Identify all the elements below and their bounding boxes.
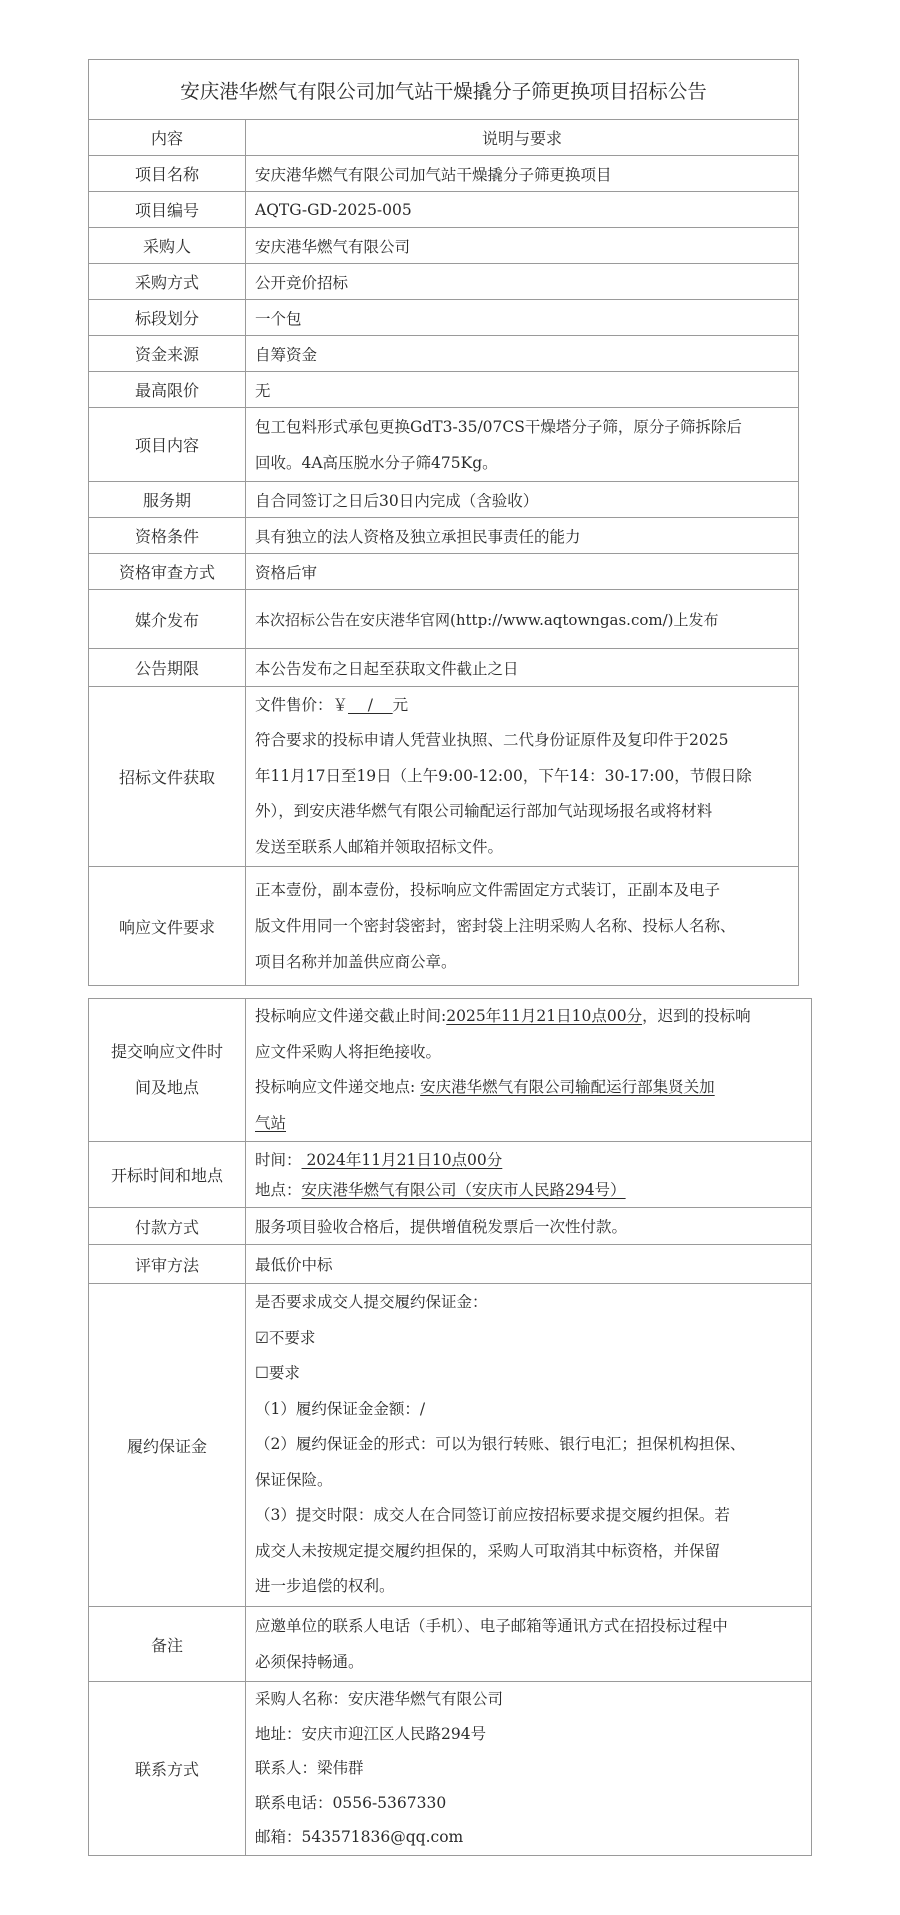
remarks-line: 应邀单位的联系人电话（手机）、电子邮箱等通讯方式在招投标过程中 <box>255 1608 805 1644</box>
value-media: 本次招标公告在安庆港华官网(http://www.aqtowngas.com/)… <box>246 590 799 649</box>
row-contact: 联系方式 采购人名称：安庆港华燃气有限公司 地址：安庆市迎江区人民路294号 联… <box>89 1682 812 1856</box>
label-media: 媒介发布 <box>89 590 246 649</box>
contact-address: 地址：安庆市迎江区人民路294号 <box>255 1717 805 1752</box>
bond-option-label: 要求 <box>269 1364 300 1382</box>
bond-line: （3）提交时限：成交人在合同签订前应按招标要求提交履约担保。若 <box>255 1498 805 1534</box>
row-project-name: 项目名称 安庆港华燃气有限公司加气站干燥撬分子筛更换项目 <box>89 156 799 192</box>
value-performance-bond: 是否要求成交人提交履约保证金： ☑不要求 ☐要求 （1）履约保证金金额：/ （2… <box>246 1284 812 1607</box>
value-opening: 时间： 2024年11月21日10点00分 地点：安庆港华燃气有限公司（安庆市人… <box>246 1142 812 1208</box>
row-payment: 付款方式 服务项目验收合格后，提供增值税发票后一次性付款。 <box>89 1208 812 1245</box>
row-period: 公告期限 本公告发布之日起至获取文件截止之日 <box>89 649 799 687</box>
deadline-line: 投标响应文件递交截止时间:2025年11月21日10点00分，迟到的投标响 <box>255 999 805 1035</box>
row-opening: 开标时间和地点 时间： 2024年11月21日10点00分 地点：安庆港华燃气有… <box>89 1142 812 1208</box>
opening-place-value: 安庆港华燃气有限公司（安庆市人民路294号） <box>302 1181 626 1199</box>
row-submission: 提交响应文件时 间及地点 投标响应文件递交截止时间:2025年11月21日10点… <box>89 999 812 1142</box>
value-remarks: 应邀单位的联系人电话（手机）、电子邮箱等通讯方式在招投标过程中 必须保持畅通。 <box>246 1607 812 1682</box>
label-submission-line: 提交响应文件时 <box>89 1034 245 1070</box>
bond-line: 进一步追偿的权利。 <box>255 1569 805 1605</box>
row-media: 媒介发布 本次招标公告在安庆港华官网(http://www.aqtowngas.… <box>89 590 799 649</box>
label-purchaser: 采购人 <box>89 228 246 264</box>
contact-purchaser: 采购人名称：安庆港华燃气有限公司 <box>255 1682 805 1717</box>
row-max-price: 最高限价 无 <box>89 372 799 408</box>
label-service-period: 服务期 <box>89 482 246 518</box>
obtain-line: 发送至联系人邮箱并领取招标文件。 <box>255 830 792 866</box>
obtain-line: 外），到安庆港华燃气有限公司输配运行部加气站现场报名或将材料 <box>255 794 792 830</box>
bond-line: 保证保险。 <box>255 1463 805 1499</box>
label-review-method: 资格审查方式 <box>89 554 246 590</box>
bond-question: 是否要求成交人提交履约保证金： <box>255 1285 805 1321</box>
label-method: 采购方式 <box>89 264 246 300</box>
value-contact: 采购人名称：安庆港华燃气有限公司 地址：安庆市迎江区人民路294号 联系人：梁伟… <box>246 1682 812 1856</box>
deadline-prefix: 投标响应文件递交截止时间: <box>255 1007 446 1025</box>
opening-place-line: 地点：安庆港华燃气有限公司（安庆市人民路294号） <box>255 1175 805 1205</box>
price-line: 文件售价：￥ / 元 <box>255 688 792 724</box>
checkbox-unchecked-icon[interactable]: ☐ <box>255 1364 269 1382</box>
label-performance-bond: 履约保证金 <box>89 1284 246 1607</box>
value-obtain: 文件售价：￥ / 元 符合要求的投标申请人凭营业执照、二代身份证原件及复印件于2… <box>246 687 799 867</box>
contact-phone: 联系电话：0556-5367330 <box>255 1786 805 1821</box>
value-submission: 投标响应文件递交截止时间:2025年11月21日10点00分，迟到的投标响 应文… <box>246 999 812 1142</box>
price-value: / <box>348 696 393 714</box>
value-evaluation: 最低价中标 <box>246 1245 812 1284</box>
content-line: 回收。4A高压脱水分子筛475Kg。 <box>255 445 792 481</box>
row-content: 项目内容 包工包料形式承包更换GdT3-35/07CS干燥塔分子筛，原分子筛拆除… <box>89 408 799 482</box>
bond-option-label: 不要求 <box>269 1329 316 1347</box>
label-max-price: 最高限价 <box>89 372 246 408</box>
value-content: 包工包料形式承包更换GdT3-35/07CS干燥塔分子筛，原分子筛拆除后 回收。… <box>246 408 799 482</box>
bond-option-not-required[interactable]: ☑不要求 <box>255 1321 805 1357</box>
price-suffix: 元 <box>393 696 409 714</box>
label-funding: 资金来源 <box>89 336 246 372</box>
label-submission-line: 间及地点 <box>89 1070 245 1106</box>
place-prefix: 投标响应文件递交地点: <box>255 1078 420 1096</box>
remarks-line: 必须保持畅通。 <box>255 1644 805 1680</box>
value-purchaser: 安庆港华燃气有限公司 <box>246 228 799 264</box>
row-project-no: 项目编号 AQTG-GD-2025-005 <box>89 192 799 228</box>
response-line: 项目名称并加盖供应商公章。 <box>255 944 792 980</box>
opening-place-prefix: 地点： <box>255 1181 302 1199</box>
value-review-method: 资格后审 <box>246 554 799 590</box>
row-purchaser: 采购人 安庆港华燃气有限公司 <box>89 228 799 264</box>
value-project-name: 安庆港华燃气有限公司加气站干燥撬分子筛更换项目 <box>246 156 799 192</box>
tender-table-part-1: 安庆港华燃气有限公司加气站干燥撬分子筛更换项目招标公告 内容 说明与要求 项目名… <box>88 59 799 986</box>
place-value: 安庆港华燃气有限公司输配运行部集贤关加 <box>420 1078 715 1096</box>
obtain-line: 年11月17日至19日（上午9:00-12:00，下午14：30-17:00，节… <box>255 759 792 795</box>
content-line: 包工包料形式承包更换GdT3-35/07CS干燥塔分子筛，原分子筛拆除后 <box>255 409 792 445</box>
label-project-no: 项目编号 <box>89 192 246 228</box>
row-obtain: 招标文件获取 文件售价：￥ / 元 符合要求的投标申请人凭营业执照、二代身份证原… <box>89 687 799 867</box>
label-remarks: 备注 <box>89 1607 246 1682</box>
obtain-line: 符合要求的投标申请人凭营业执照、二代身份证原件及复印件于2025 <box>255 723 792 759</box>
label-submission: 提交响应文件时 间及地点 <box>89 999 246 1142</box>
label-period: 公告期限 <box>89 649 246 687</box>
bond-line: （1）履约保证金金额：/ <box>255 1392 805 1428</box>
value-service-period: 自合同签订之日后30日内完成（含验收） <box>246 482 799 518</box>
bond-option-required[interactable]: ☐要求 <box>255 1356 805 1392</box>
label-qualification: 资格条件 <box>89 518 246 554</box>
value-method: 公开竞价招标 <box>246 264 799 300</box>
price-prefix: 文件售价：￥ <box>255 696 348 714</box>
bond-line: （2）履约保证金的形式：可以为银行转账、银行电汇；担保机构担保、 <box>255 1427 805 1463</box>
deadline-value: 2025年11月21日10点00分 <box>446 1007 642 1025</box>
label-payment: 付款方式 <box>89 1208 246 1245</box>
label-obtain: 招标文件获取 <box>89 687 246 867</box>
place-line: 投标响应文件递交地点: 安庆港华燃气有限公司输配运行部集贤关加 <box>255 1070 805 1106</box>
label-content: 项目内容 <box>89 408 246 482</box>
contact-email[interactable]: 邮箱：543571836@qq.com <box>255 1820 805 1855</box>
bond-line: 成交人未按规定提交履约担保的，采购人可取消其中标资格，并保留 <box>255 1534 805 1570</box>
response-line: 版文件用同一个密封袋密封，密封袋上注明采购人名称、投标人名称、 <box>255 908 792 944</box>
value-max-price: 无 <box>246 372 799 408</box>
row-qualification: 资格条件 具有独立的法人资格及独立承担民事责任的能力 <box>89 518 799 554</box>
label-response-requirements: 响应文件要求 <box>89 867 246 986</box>
row-method: 采购方式 公开竞价招标 <box>89 264 799 300</box>
row-evaluation: 评审方法 最低价中标 <box>89 1245 812 1284</box>
opening-time-line: 时间： 2024年11月21日10点00分 <box>255 1145 805 1175</box>
row-review-method: 资格审查方式 资格后审 <box>89 554 799 590</box>
response-line: 正本壹份，副本壹份，投标响应文件需固定方式装订，正副本及电子 <box>255 872 792 908</box>
value-lots: 一个包 <box>246 300 799 336</box>
label-evaluation: 评审方法 <box>89 1245 246 1284</box>
value-qualification: 具有独立的法人资格及独立承担民事责任的能力 <box>246 518 799 554</box>
header-col-requirements: 说明与要求 <box>246 120 799 156</box>
header-col-content: 内容 <box>89 120 246 156</box>
document-title: 安庆港华燃气有限公司加气站干燥撬分子筛更换项目招标公告 <box>89 60 799 120</box>
contact-person: 联系人：梁伟群 <box>255 1751 805 1786</box>
deadline-suffix: ，迟到的投标响 <box>642 1007 751 1025</box>
label-opening: 开标时间和地点 <box>89 1142 246 1208</box>
value-payment: 服务项目验收合格后，提供增值税发票后一次性付款。 <box>246 1208 812 1245</box>
value-funding: 自筹资金 <box>246 336 799 372</box>
row-remarks: 备注 应邀单位的联系人电话（手机）、电子邮箱等通讯方式在招投标过程中 必须保持畅… <box>89 1607 812 1682</box>
row-service-period: 服务期 自合同签订之日后30日内完成（含验收） <box>89 482 799 518</box>
opening-time-value: 2024年11月21日10点00分 <box>302 1151 503 1169</box>
row-performance-bond: 履约保证金 是否要求成交人提交履约保证金： ☑不要求 ☐要求 （1）履约保证金金… <box>89 1284 812 1607</box>
label-project-name: 项目名称 <box>89 156 246 192</box>
row-funding: 资金来源 自筹资金 <box>89 336 799 372</box>
label-lots: 标段划分 <box>89 300 246 336</box>
deadline-line-2: 应文件采购人将拒绝接收。 <box>255 1035 805 1071</box>
row-response-requirements: 响应文件要求 正本壹份，副本壹份，投标响应文件需固定方式装订，正副本及电子 版文… <box>89 867 799 986</box>
value-project-no: AQTG-GD-2025-005 <box>246 192 799 228</box>
value-period: 本公告发布之日起至获取文件截止之日 <box>246 649 799 687</box>
checkbox-checked-icon[interactable]: ☑ <box>255 1329 269 1347</box>
opening-time-prefix: 时间： <box>255 1151 302 1169</box>
place-value-2: 气站 <box>255 1106 805 1142</box>
tender-table-part-2: 提交响应文件时 间及地点 投标响应文件递交截止时间:2025年11月21日10点… <box>88 998 812 1856</box>
value-response-requirements: 正本壹份，副本壹份，投标响应文件需固定方式装订，正副本及电子 版文件用同一个密封… <box>246 867 799 986</box>
row-lots: 标段划分 一个包 <box>89 300 799 336</box>
label-contact: 联系方式 <box>89 1682 246 1856</box>
